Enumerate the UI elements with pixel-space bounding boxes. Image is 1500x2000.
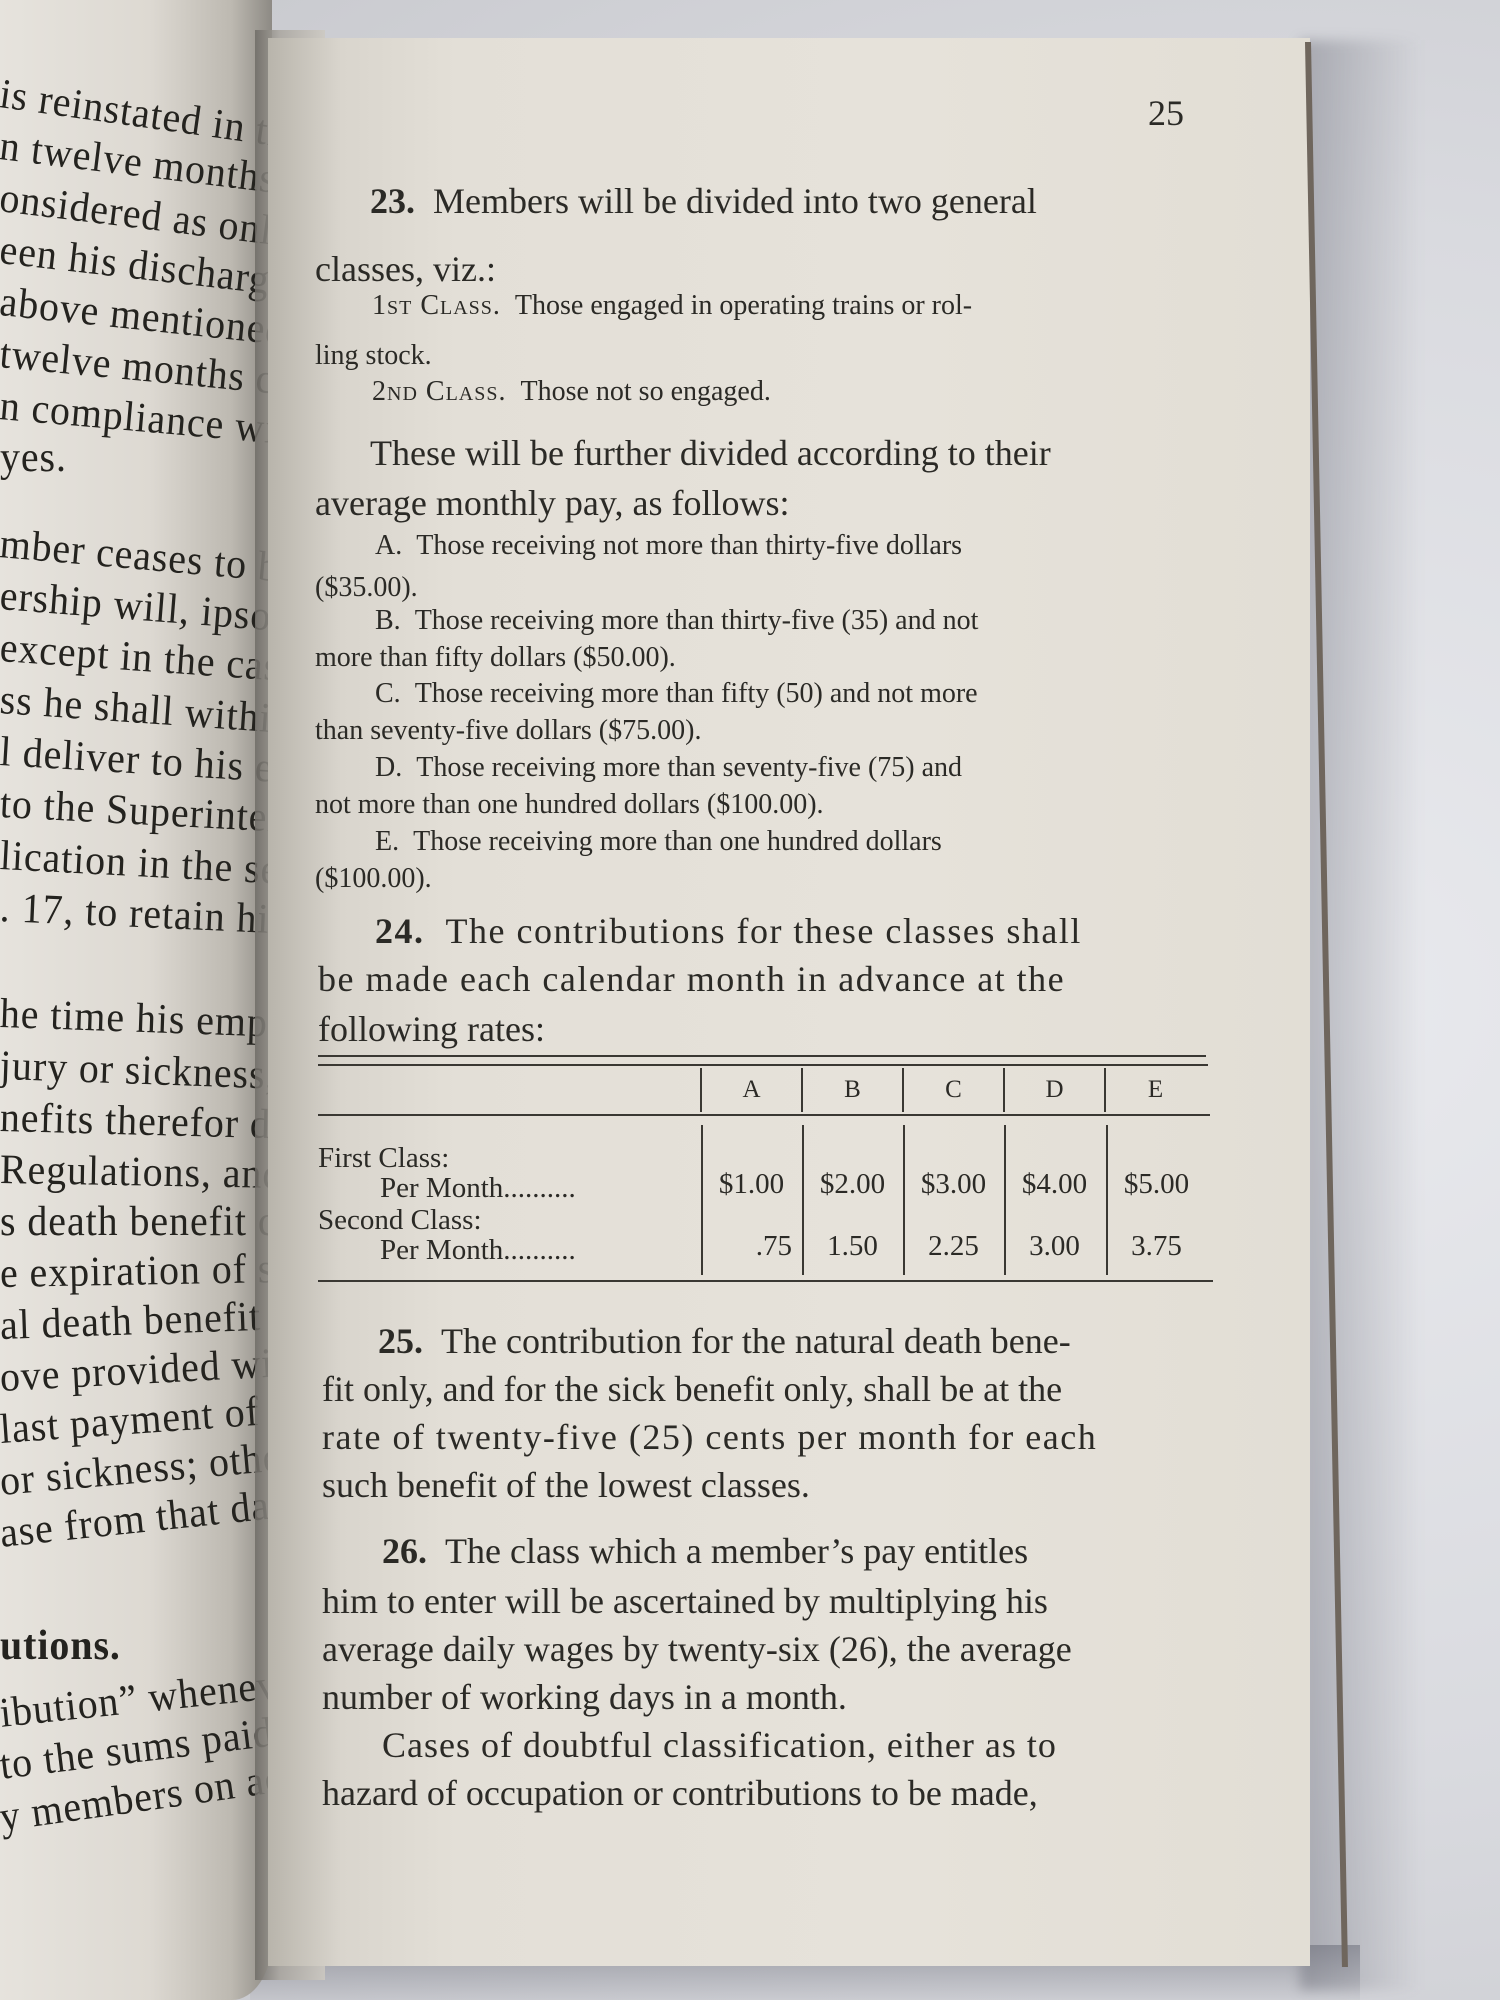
column-header-b: B xyxy=(803,1076,902,1104)
left-page-line: e expiration of said xyxy=(0,1244,272,1298)
column-header-e: E xyxy=(1106,1076,1205,1104)
table-cell: 3.00 xyxy=(1005,1230,1104,1263)
column-header-c: C xyxy=(904,1076,1003,1104)
section-number: 25. xyxy=(378,1321,423,1361)
item-text: Those receiving more than one hundred do… xyxy=(413,826,942,857)
section-number: 24. xyxy=(375,911,425,951)
item-e: E. Those receiving more than one hundred… xyxy=(375,826,942,858)
section-text: Members will be divided into two general xyxy=(433,181,1037,221)
item-letter: D. xyxy=(375,752,402,783)
row-group-first-class: First Class: xyxy=(318,1142,449,1175)
item-a-cont: ($35.00). xyxy=(315,572,418,604)
left-page-line: he time his empl xyxy=(0,990,272,1048)
section-text: The contribution for the natural death b… xyxy=(441,1321,1071,1361)
section-26-line1: 26. The class which a member’s pay entit… xyxy=(382,1530,1028,1572)
table-cell: 1.50 xyxy=(803,1230,902,1263)
row-label: Per Month.......... xyxy=(380,1234,576,1267)
section-25-line2: fit only, and for the sick benefit only,… xyxy=(322,1368,1062,1410)
row-label: Per Month.......... xyxy=(380,1172,576,1205)
section-23-line2: classes, viz.: xyxy=(315,248,496,290)
class2-text: Those not so engaged. xyxy=(520,376,770,407)
item-text: Those receiving more than fifty (50) and… xyxy=(415,678,978,709)
item-d: D. Those receiving more than seventy-fiv… xyxy=(375,752,962,784)
left-page-line: Regulations, and xyxy=(0,1146,272,1199)
left-page-line: . 17, to retain his xyxy=(0,884,272,944)
item-letter: A. xyxy=(375,530,402,561)
table-cell: 2.25 xyxy=(904,1230,1003,1263)
further-line1: These will be further divided according … xyxy=(370,432,1051,474)
left-page: is reinstated in then twelve months of t… xyxy=(0,0,272,2000)
item-c-cont: than seventy-five dollars ($75.00). xyxy=(315,715,701,747)
left-page-line: s death benefit cov xyxy=(0,1198,272,1246)
table-cell: $1.00 xyxy=(702,1168,801,1201)
section-text: The class which a member’s pay entitles xyxy=(445,1531,1028,1571)
table-rule xyxy=(318,1280,1213,1282)
item-letter: E. xyxy=(375,826,399,857)
column-header-d: D xyxy=(1005,1076,1104,1104)
item-e-cont: ($100.00). xyxy=(315,863,432,895)
page-shadow xyxy=(1300,40,1420,1990)
left-page-line: jury or sickness, w xyxy=(0,1042,272,1101)
further-line2: average monthly pay, as follows: xyxy=(315,482,790,524)
section-23-line1: 23. Members will be divided into two gen… xyxy=(370,180,1037,222)
left-page-line: yes. xyxy=(0,434,67,482)
item-a: A. Those receiving not more than thirty-… xyxy=(375,530,962,562)
section-24-line3: following rates: xyxy=(318,1008,545,1050)
class1-cont: ling stock. xyxy=(315,340,432,372)
class1-text: Those engaged in operating trains or rol… xyxy=(515,290,972,321)
section-24-line1: 24. The contributions for these classes … xyxy=(375,910,1082,952)
section-25-line3: rate of twenty-five (25) cents per month… xyxy=(322,1416,1097,1458)
section-text: The contributions for these classes shal… xyxy=(446,911,1082,951)
table-rule xyxy=(318,1114,1210,1116)
section-25-line1: 25. The contribution for the natural dea… xyxy=(378,1320,1071,1362)
section-26-line5: Cases of doubtful classification, either… xyxy=(382,1724,1057,1766)
row-group-second-class: Second Class: xyxy=(318,1204,482,1237)
page-number: 25 xyxy=(1148,92,1184,134)
left-page-line: nefits therefor dur xyxy=(0,1094,272,1150)
table-rule xyxy=(318,1055,1206,1057)
item-text: Those receiving more than seventy-five (… xyxy=(416,752,962,783)
section-26-line3: average daily wages by twenty-six (26), … xyxy=(322,1628,1072,1670)
item-d-cont: not more than one hundred dollars ($100.… xyxy=(315,789,824,821)
class2-label: 2nd Class. xyxy=(372,376,506,407)
section-number: 26. xyxy=(382,1531,427,1571)
item-b: B. Those receiving more than thirty-five… xyxy=(375,605,978,637)
section-24-line2: be made each calendar month in advance a… xyxy=(318,958,1065,1000)
column-header-a: A xyxy=(702,1076,801,1104)
table-rule xyxy=(318,1064,1208,1066)
left-page-line: utions. xyxy=(0,1622,121,1670)
section-number: 23. xyxy=(370,181,415,221)
item-letter: B. xyxy=(375,605,401,636)
section-26-line4: number of working days in a month. xyxy=(322,1676,847,1718)
class2-line: 2nd Class. Those not so engaged. xyxy=(372,376,771,408)
table-cell: .75 xyxy=(702,1230,792,1263)
table-cell: $5.00 xyxy=(1107,1168,1206,1201)
section-26-line6: hazard of occupation or contributions to… xyxy=(322,1772,1038,1814)
item-b-cont: more than fifty dollars ($50.00). xyxy=(315,642,676,674)
item-text: Those receiving more than thirty-five (3… xyxy=(415,605,979,636)
section-25-line4: such benefit of the lowest classes. xyxy=(322,1464,810,1506)
class1-line: 1st Class. Those engaged in operating tr… xyxy=(372,290,972,322)
item-c: C. Those receiving more than fifty (50) … xyxy=(375,678,978,710)
table-cell: 3.75 xyxy=(1107,1230,1206,1263)
section-26-line2: him to enter will be ascertained by mult… xyxy=(322,1580,1048,1622)
item-letter: C. xyxy=(375,678,401,709)
item-text: Those receiving not more than thirty-fiv… xyxy=(416,530,962,561)
class1-label: 1st Class. xyxy=(372,290,501,321)
table-cell: $2.00 xyxy=(803,1168,902,1201)
table-cell: $4.00 xyxy=(1005,1168,1104,1201)
table-cell: $3.00 xyxy=(904,1168,1003,1201)
